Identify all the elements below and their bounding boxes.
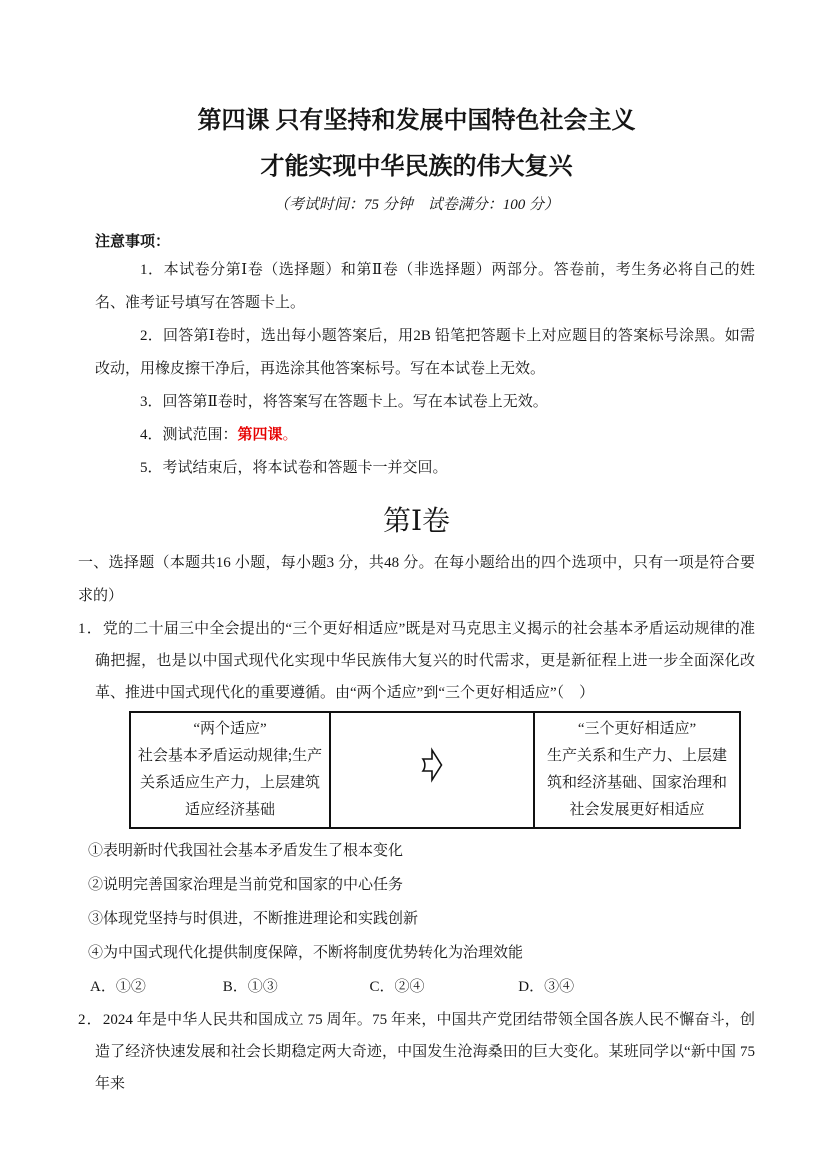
question-2-stem: 2024 年是中华人民共和国成立 75 周年。75 年来，中国共产党团结带领全国… — [95, 1012, 755, 1092]
question-1-statement-1: ①表明新时代我国社会基本矛盾发生了根本变化 — [88, 834, 755, 868]
table-cell-three-better-adaptations: “三个更好相适应” 生产关系和生产力、上层建筑和经济基础、国家治理和社会发展更好… — [534, 712, 740, 828]
notice-item-5: 5．考试结束后，将本试卷和答题卡一并交回。 — [95, 452, 755, 485]
table-row: “两个适应” 社会基本矛盾运动规律;生产关系适应生产力，上层建筑适应经济基础 “… — [130, 712, 740, 828]
question-1-stem: 党的二十届三中全会提出的“三个更好相适应”既是对马克思主义揭示的社会基本矛盾运动… — [95, 621, 755, 701]
question-1: 1．党的二十届三中全会提出的“三个更好相适应”既是对马克思主义揭示的社会基本矛盾… — [78, 613, 755, 709]
notice-heading: 注意事项： — [95, 230, 755, 254]
notice-item-4: 4．测试范围：第四课。 — [95, 419, 755, 452]
section-1-directions: 一、选择题（本题共16 小题，每小题3 分，共48 分。在每小题给出的四个选项中… — [78, 547, 755, 613]
notice-item-4-suffix: 。 — [283, 427, 298, 443]
question-1-statement-2: ②说明完善国家治理是当前党和国家的中心任务 — [88, 868, 755, 902]
notice-item-1: 1．本试卷分第Ⅰ卷（选择题）和第Ⅱ卷（非选择题）两部分。答卷前，考生务必将自己的… — [95, 254, 755, 320]
exam-title-line1: 第四课 只有坚持和发展中国特色社会主义 — [78, 104, 755, 138]
table-cell-left-body: 社会基本矛盾运动规律;生产关系适应生产力，上层建筑适应经济基础 — [136, 743, 324, 824]
question-2-number: 2． — [78, 1012, 103, 1028]
notice-item-2: 2．回答第Ⅰ卷时，选出每小题答案后，用2B 铅笔把答题卡上对应题目的答案标号涂黑… — [95, 320, 755, 386]
exam-title-line2: 才能实现中华民族的伟大复兴 — [78, 150, 755, 184]
question-1-statement-4: ④为中国式现代化提供制度保障，不断将制度优势转化为治理效能 — [88, 936, 755, 970]
question-2: 2．2024 年是中华人民共和国成立 75 周年。75 年来，中国共产党团结带领… — [78, 1004, 755, 1100]
option-c: C．②④ — [370, 970, 515, 1004]
notice-item-4-prefix: 4．测试范围： — [140, 427, 238, 443]
table-cell-right-body: 生产关系和生产力、上层建筑和经济基础、国家治理和社会发展更好相适应 — [540, 743, 734, 824]
exam-paper-page: 第四课 只有坚持和发展中国特色社会主义 才能实现中华民族的伟大复兴 （考试时间：… — [0, 0, 827, 1169]
table-cell-left-title: “两个适应” — [136, 716, 324, 743]
table-cell-arrow — [330, 712, 534, 828]
right-arrow-icon — [420, 746, 444, 794]
option-d: D．③④ — [518, 970, 574, 1004]
volume-1-heading: 第Ⅰ卷 — [78, 501, 755, 543]
question-1-options-row: A．①② B．①③ C．②④ D．③④ — [90, 970, 755, 1004]
option-b: B．①③ — [223, 970, 366, 1004]
table-cell-right-title: “三个更好相适应” — [540, 716, 734, 743]
question-1-comparison-table: “两个适应” 社会基本矛盾运动规律;生产关系适应生产力，上层建筑适应经济基础 “… — [129, 711, 741, 829]
option-a: A．①② — [90, 970, 219, 1004]
notice-item-3: 3．回答第Ⅱ卷时，将答案写在答题卡上。写在本试卷上无效。 — [95, 386, 755, 419]
question-1-number: 1． — [78, 621, 103, 637]
question-1-statement-3: ③体现党坚持与时俱进，不断推进理论和实践创新 — [88, 902, 755, 936]
table-cell-two-adaptations: “两个适应” 社会基本矛盾运动规律;生产关系适应生产力，上层建筑适应经济基础 — [130, 712, 330, 828]
notice-item-4-test-range-highlight: 第四课 — [238, 427, 283, 443]
exam-time-score-subtitle: （考试时间：75 分钟 试卷满分：100 分） — [78, 194, 755, 216]
